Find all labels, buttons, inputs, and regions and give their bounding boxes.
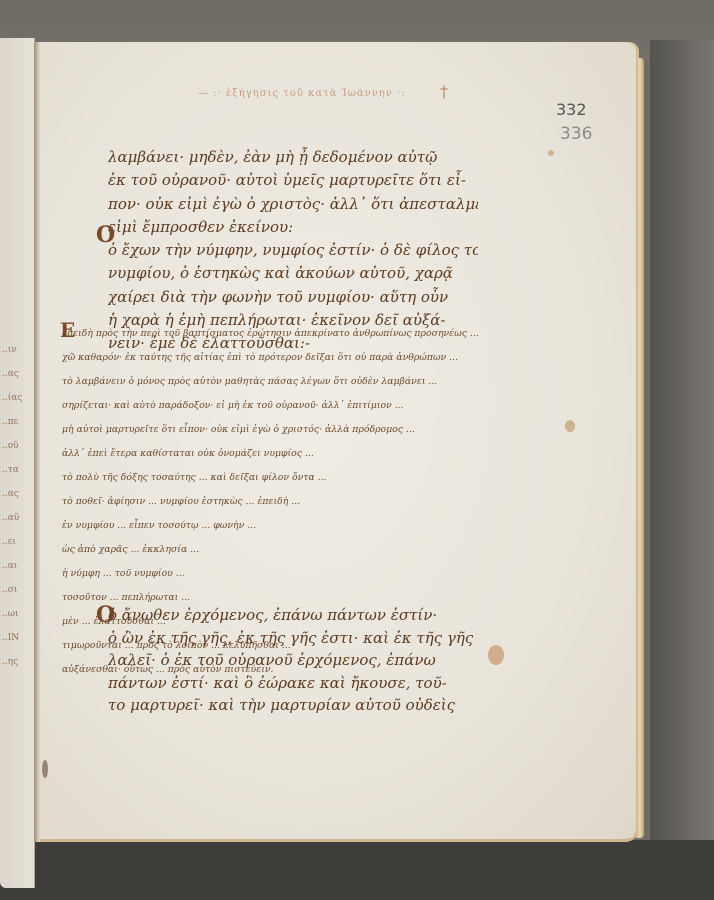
stain [565,420,575,432]
left-page-edge: ..ιν..ας..ίας..πε..οῦ..τα..ας..αῦ..ει..α… [0,38,35,888]
background-bottom [0,840,714,900]
commentary-line: σηρίζεται· καὶ αὐτὸ παράδοξον· εἰ μὴ ἐκ … [62,394,502,418]
initial-omicron: Ο [96,222,115,248]
left-fragment: ..ωι [2,602,30,626]
left-fragment: ..ΙΝ [2,626,30,650]
left-page-text: ..ιν..ας..ίας..πε..οῦ..τα..ας..αῦ..ει..α… [2,338,30,674]
commentary-line: ἐν νυμφίου ... εἶπεν τοσούτῳ ... φωνὴν .… [62,514,502,538]
left-fragment: ..τα [2,458,30,482]
commentary-line: ἀλλ᾽ ἐπεὶ ἕτερα καθίσταται οὐκ ὀνομάζει … [62,442,502,466]
commentary-line: ἡ νύμφη ... τοῦ νυμφίου ... [62,562,502,586]
text-line: ἐκ τοῦ οὐρανοῦ· αὐτοὶ ὑμεῖς μαρτυρεῖτε ὅ… [108,169,478,192]
stain [42,760,48,778]
background-right [650,40,714,900]
folio-number-new: 336 [560,124,592,144]
page-fore-edge [636,58,644,838]
stain [548,150,554,156]
text-line: πάντων ἐστί· καὶ ὃ ἑώρακε καὶ ἤκουσε, το… [108,672,478,695]
folio-number-old: 332 [556,100,587,119]
text-line: πον· οὐκ εἰμὶ ἐγὼ ὁ χριστὸς· ἀλλ᾽ ὅτι ἀπ… [108,193,478,216]
running-head: — :· ἐξήγησις τοῦ κατὰ Ἰωάννην ·: [198,88,406,99]
left-fragment: ..αι [2,554,30,578]
text-line: το μαρτυρεῖ· καὶ τὴν μαρτυρίαν αὐτοῦ οὐδ… [108,694,478,717]
commentary-line: τὸ πολὺ τῆς δόξης τοσαύτης ... καὶ δεῖξα… [62,466,502,490]
cross-mark: † [440,82,448,101]
text-line: εἰμὶ ἔμπροσθεν ἐκείνου: [108,216,478,239]
commentary-line: τὸ λαμβάνειν ὁ μόνος πρὸς αὐτὸν μαθητὰς … [62,370,502,394]
main-text-bottom: ὁ ἄνωθεν ἐρχόμενος, ἐπάνω πάντων ἐστίν·ὁ… [108,604,478,717]
commentary-line: τὸ ποθεῖ· ἀφίησιν ... νυμφίου ἑστηκὼς ..… [62,490,502,514]
text-line: ὁ ἄνωθεν ἐρχόμενος, ἐπάνω πάντων ἐστίν· [108,604,478,627]
text-line: ὁ ἔχων τὴν νύμφην, νυμφίος ἐστίν· ὁ δὲ φ… [108,239,478,262]
commentary-line: ὡς ἀπὸ χαρᾶς ... ἑκκλησία ... [62,538,502,562]
text-line: λαμβάνει· μηδὲν, ἐὰν μὴ ᾖ δεδομένον αὐτῷ [108,146,478,169]
left-fragment: ..ει [2,530,30,554]
left-fragment: ..σι [2,578,30,602]
text-line: λαλεῖ· ὁ ἐκ τοῦ οὐρανοῦ ἐρχόμενος, ἐπάνω [108,649,478,672]
left-fragment: ..οῦ [2,434,30,458]
page-gutter [34,42,40,842]
left-fragment: ..αῦ [2,506,30,530]
left-fragment: ..ας [2,362,30,386]
commentary-line: μὴ αὐτοὶ μαρτυρεῖτε ὅτι εἶπον· οὐκ εἰμὶ … [62,418,502,442]
left-fragment: ..ιν [2,338,30,362]
left-fragment: ..ίας [2,386,30,410]
left-fragment: ..ας [2,482,30,506]
ink-stain [488,645,504,665]
commentary-line: χῶ καθαρόν· ἐκ ταύτης τῆς αἰτίας ἐπὶ τὸ … [62,346,502,370]
text-line: ὁ ὢν ἐκ τῆς γῆς, ἐκ τῆς γῆς ἐστι· καὶ ἐκ… [108,627,478,650]
text-line: χαίρει διὰ τὴν φωνὴν τοῦ νυμφίου· αὕτη ο… [108,286,478,309]
left-fragment: ..ης [2,650,30,674]
commentary-line: ἐπειδὴ πρὸς τὴν περὶ τοῦ βαπτίσματος ἐρώ… [62,322,502,346]
text-line: νυμφίου, ὁ ἑστηκὼς καὶ ἀκούων αὐτοῦ, χαρ… [108,262,478,285]
left-fragment: ..πε [2,410,30,434]
